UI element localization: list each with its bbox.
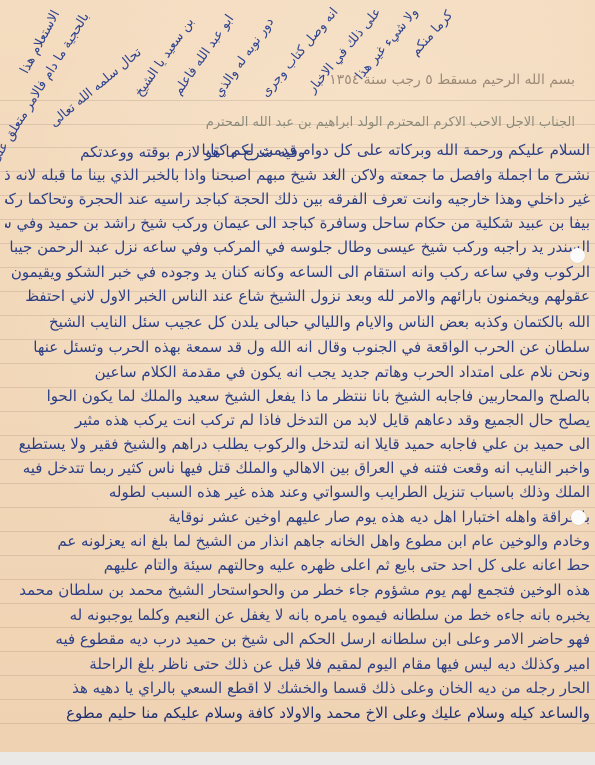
body-line: بيفا بن عبيد شكلية من حكام ساحل وسافرة ك… <box>5 213 590 233</box>
body-line: يخبره بانه جاءه خط من سلطانه فيموه يامره… <box>5 605 590 625</box>
body-line: الملك وذلك باسباب تنزيل الطرايب والسواتي… <box>5 482 590 502</box>
body-line: عقولهم ويخمنون بارائهم والامر لله وبعد ن… <box>5 286 590 306</box>
punch-hole <box>570 248 585 263</box>
body-line: ونحن نلام على امتداد الحرب وهاتم جديد يج… <box>5 362 590 382</box>
body-line: بالصلح والمحاربين فاجابه الشيخ بانا ننتظ… <box>5 386 590 406</box>
body-line: هذه الوخين فتجمع لهم يوم مشؤوم جاء خطر م… <box>5 580 590 600</box>
ruled-line <box>0 627 595 628</box>
salutation-line: الجناب الاجل الاحب الاكرم المحترم الولد … <box>206 113 575 133</box>
body-line: حط اعانه على كل احد حتى بايع ثم اعلى ظهر… <box>5 555 590 575</box>
body-line: الحار رجله من ديه الخان وعلى ذلك قسما وا… <box>5 678 590 698</box>
body-line: وفيه شرح ما هو لازم بوقته ووعدتكم <box>5 142 305 162</box>
body-line: فهو حاضر الامر وعلى ابن سلطانه ارسل الحك… <box>5 629 590 649</box>
body-line: بالعراقة واهله اختبارا اهل ديه هذه يوم ص… <box>5 507 590 527</box>
letter-paper: الاستعلام هذا بالحجية ما دام فالامر متعل… <box>0 0 595 752</box>
body-line: وخادم والوخين عام ابن مطوع واهل الخانه ج… <box>5 531 590 551</box>
body-line: يصلح حال الجميع وقد دعاهم قايل لابد من ا… <box>5 410 590 430</box>
ruled-line <box>0 603 595 604</box>
ruled-line <box>0 699 595 700</box>
body-line: سلطان عن الحرب الواقعة في الجنوب وقال ان… <box>5 337 590 357</box>
ruled-line <box>0 651 595 652</box>
basmala-date-line: بسم الله الرحيم مسقط ٥ رجب سنة ١٣٥٤ <box>329 70 575 90</box>
punch-hole <box>571 510 586 525</box>
ruled-line <box>0 675 595 676</box>
body-line: غير داخلي وهذا خارجيه وانت تعرف الفرقه ب… <box>5 189 590 209</box>
body-line: نشرح ما اجملة وافصل ما جمعته ولاكن الغد … <box>5 165 590 185</box>
scan-bottom-margin <box>0 752 595 765</box>
body-line: والساعد كيله وسلام عليك وعلى الاخ محمد و… <box>5 703 590 723</box>
body-line: الله بالكتمان وكذبه بعض الناس والايام وا… <box>5 312 590 332</box>
body-line: السندر يد راجبه وركب شيخ عيسى وطال جلوسه… <box>5 237 590 257</box>
body-line: الركوب وفي ساعه ركب وانه استقام الى السا… <box>5 262 590 282</box>
ruled-line <box>0 723 595 724</box>
body-line: واخبر النايب انه وقعت فتنه في العراق بين… <box>5 458 590 478</box>
body-line: الى حميد بن علي فاجابه حميد قايلا انه لت… <box>5 434 590 454</box>
body-line: امير وكذلك ديه ليس فيها مقام اليوم لمقيم… <box>5 654 590 674</box>
